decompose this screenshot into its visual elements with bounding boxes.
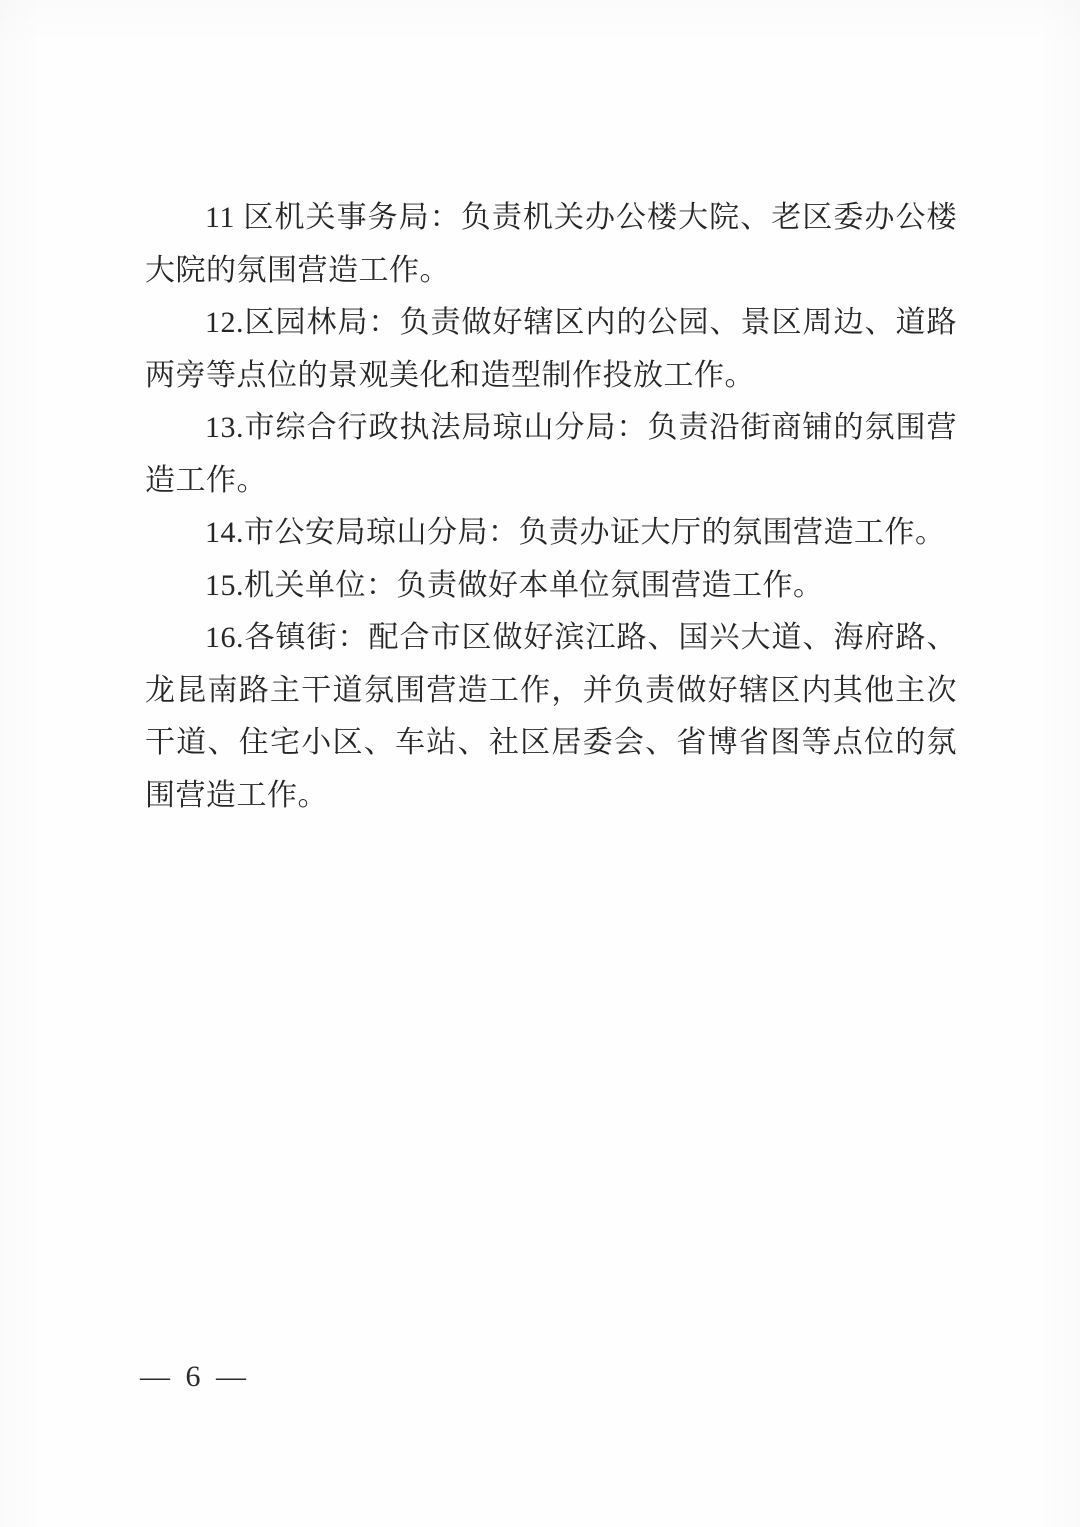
document-body: 11 区机关事务局：负责机关办公楼大院、老区委办公楼大院的氛围营造工作。 12.… xyxy=(145,192,957,822)
list-item-15: 15.机关单位：负责做好本单位氛围营造工作。 xyxy=(145,560,957,613)
list-item-13: 13.市综合行政执法局琼山分局：负责沿街商铺的氛围营造工作。 xyxy=(145,402,957,507)
list-item-14: 14.市公安局琼山分局：负责办证大厅的氛围营造工作。 xyxy=(145,507,957,560)
page-number: — 6 — xyxy=(140,1360,250,1394)
list-item-11: 11 区机关事务局：负责机关办公楼大院、老区委办公楼大院的氛围营造工作。 xyxy=(145,192,957,297)
list-item-16: 16.各镇街：配合市区做好滨江路、国兴大道、海府路、龙昆南路主干道氛围营造工作，… xyxy=(145,612,957,822)
list-item-12: 12.区园林局：负责做好辖区内的公园、景区周边、道路两旁等点位的景观美化和造型制… xyxy=(145,297,957,402)
document-page: 11 区机关事务局：负责机关办公楼大院、老区委办公楼大院的氛围营造工作。 12.… xyxy=(0,0,1080,1527)
